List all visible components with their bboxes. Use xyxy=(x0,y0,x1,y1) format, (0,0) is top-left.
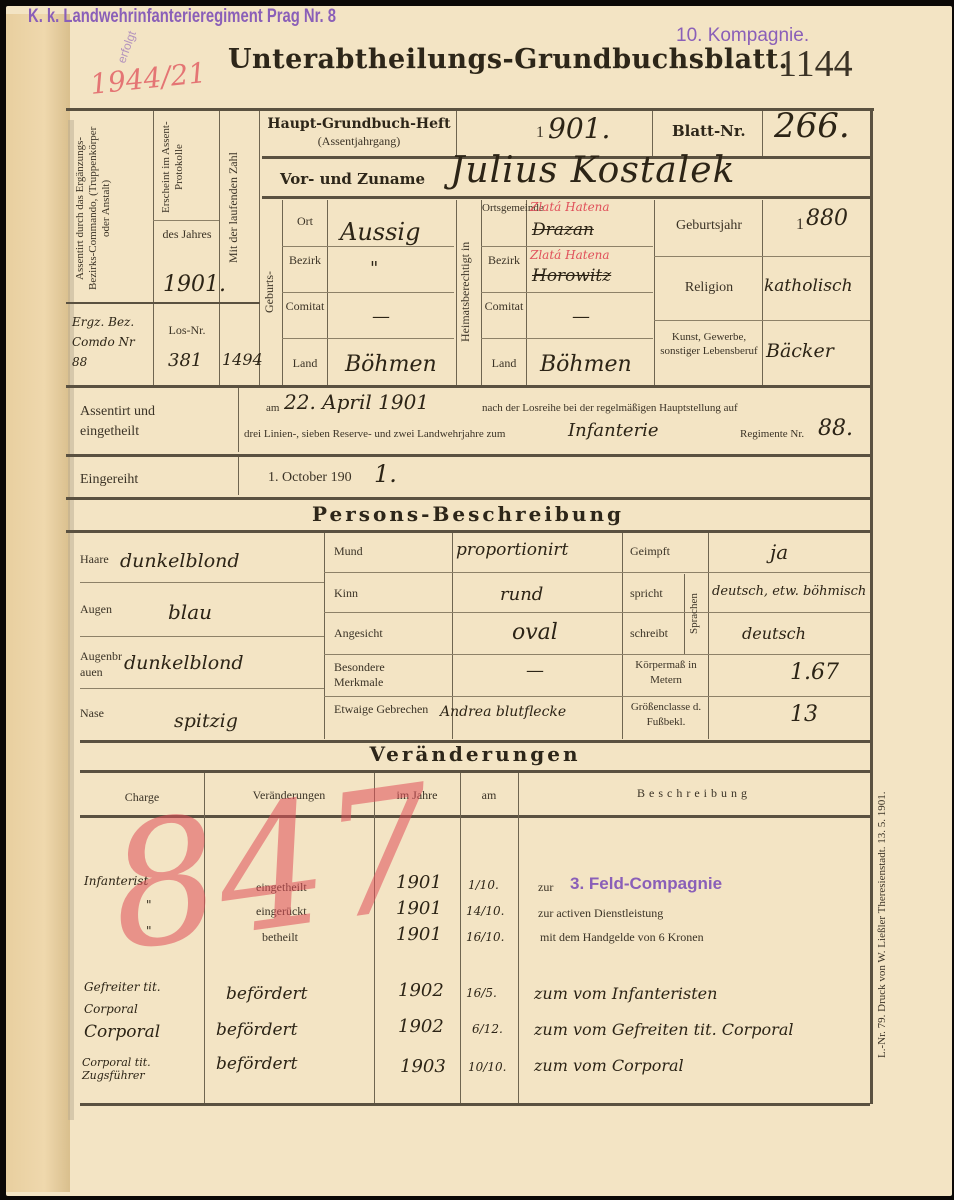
assentirt-line1-prefix: am xyxy=(266,402,279,414)
row2-beschreibung: zur activen Dienstleistung xyxy=(538,906,663,921)
row3-beschreibung: mit dem Handgelde von 6 Kronen xyxy=(540,930,704,945)
divider xyxy=(238,388,239,452)
laufende-zahl-value: 1494 xyxy=(222,350,263,369)
assentirt-label: Assentirt und eingetheilt xyxy=(80,402,190,442)
religion-value: katholisch xyxy=(764,276,853,296)
geburts-bezirk-value: " xyxy=(370,258,378,279)
row6-veraenderung: befördert xyxy=(216,1054,298,1074)
col-am: am xyxy=(460,788,518,803)
geimpft-label: Geimpft xyxy=(630,544,670,559)
row1-am: 1/10. xyxy=(468,878,499,892)
rule xyxy=(282,246,454,247)
blatt-value: 266. xyxy=(774,106,850,146)
heimat-comitat-label: Comitat xyxy=(482,298,526,314)
divider xyxy=(654,200,655,385)
divider xyxy=(456,200,457,385)
rule xyxy=(80,1103,870,1106)
row5-beschreibung: zum vom Gefreiten tit. Corporal xyxy=(534,1020,793,1039)
gebrechen-value: Andrea blutflecke xyxy=(440,704,566,720)
heimat-ortsgemeinde-correction: Zlatá Hatena xyxy=(530,200,610,214)
augenbrauen-value: dunkelblond xyxy=(124,652,244,674)
angesicht-value: oval xyxy=(512,620,558,645)
name-label: Vor- und Zuname xyxy=(280,170,425,188)
groessenclasse-value: 13 xyxy=(790,702,818,727)
row3-am: 16/10. xyxy=(466,930,504,944)
beruf-value: Bäcker xyxy=(766,340,834,362)
eingereiht-label: Eingereiht xyxy=(80,472,138,488)
heft-label: Haupt-Grundbuch-Heft xyxy=(262,116,456,132)
divider xyxy=(708,533,709,739)
schreibt-value: deutsch xyxy=(742,624,806,643)
kinn-label: Kinn xyxy=(334,586,358,601)
kinn-value: rund xyxy=(500,584,543,605)
rule xyxy=(66,454,870,457)
divider xyxy=(324,533,325,739)
row5-am: 6/12. xyxy=(472,1022,503,1036)
rule xyxy=(654,320,870,321)
nase-value: spitzig xyxy=(174,710,238,732)
heft-prefix: 1 xyxy=(536,124,544,142)
geburtsjahr-label: Geburtsjahr xyxy=(656,218,762,234)
veraenderungen-title: Veränderungen xyxy=(80,742,870,766)
geburtsjahr-prefix: 1 xyxy=(796,216,804,234)
heimat-bezirk-label: Bezirk xyxy=(482,252,526,268)
rule xyxy=(481,246,653,247)
rule xyxy=(66,302,260,304)
divider xyxy=(622,533,623,739)
erscheint-label: Erscheint im Assent-Protokolle xyxy=(160,118,214,216)
geburts-group-label: Geburts- xyxy=(262,200,282,384)
rule xyxy=(66,530,870,533)
des-jahres-value: 1901. xyxy=(163,272,226,297)
assentirt-line2-suffix: Regimente Nr. xyxy=(740,428,804,440)
divider xyxy=(762,200,763,385)
gebrechen-label: Etwaige Gebrechen xyxy=(334,702,434,717)
geburts-land-label: Land xyxy=(284,356,326,371)
row2-am: 14/10. xyxy=(466,904,504,918)
los-nr-label: Los-Nr. xyxy=(155,323,219,338)
row6-charge: Corporal tit. Zugsführer xyxy=(82,1056,206,1082)
schreibt-label: schreibt xyxy=(630,626,668,641)
row6-beschreibung: zum vom Corporal xyxy=(534,1056,684,1075)
heimat-ortsgemeinde-label: Ortsgemeinde xyxy=(482,202,526,215)
merkmale-label: Besondere Merkmale xyxy=(334,660,434,690)
regiment-stamp: K. k. Landwehrinfanterieregiment Prag Nr… xyxy=(28,6,336,28)
divider xyxy=(219,111,220,386)
rule xyxy=(481,292,653,293)
heimat-ortsgemeinde-value: Drazan xyxy=(532,220,594,240)
sheet-number: 1144 xyxy=(778,42,853,86)
rule xyxy=(282,292,454,293)
eingereiht-value: 1. xyxy=(374,460,397,488)
row4-beschreibung: zum vom Infanteristen xyxy=(534,984,717,1003)
heft-sublabel: (Assentjahrgang) xyxy=(262,134,456,149)
row4-am: 16/5. xyxy=(466,986,497,1000)
heimat-land-label: Land xyxy=(482,356,526,371)
row1-beschreibung: zur xyxy=(538,880,553,895)
haare-value: dunkelblond xyxy=(120,550,240,572)
divider xyxy=(153,111,154,386)
rule xyxy=(262,196,870,199)
assentirt-durch-label: Assentirt durch das Ergänzungs-Bezirks-C… xyxy=(74,118,148,298)
rule xyxy=(153,220,219,221)
assentirt-date-value: 22. April 1901 xyxy=(284,390,429,414)
geburts-bezirk-label: Bezirk xyxy=(284,252,326,268)
rule xyxy=(66,497,870,500)
blatt-label: Blatt-Nr. xyxy=(672,122,746,140)
frame-right xyxy=(870,108,873,1104)
divider xyxy=(762,111,763,156)
assentirt-line1-suffix: nach der Losreihe bei der regelmäßigen H… xyxy=(482,402,738,414)
rule xyxy=(481,338,653,339)
assentirt-durch-value: Ergz. Bez. Comdo Nr 88 xyxy=(72,312,150,372)
mund-value: proportionirt xyxy=(456,540,568,560)
printer-note: L.-Nr. 79. Druck von W. Ließler Theresie… xyxy=(876,740,898,1110)
assentirt-line2-prefix: drei Linien-, sieben Reserve- und zwei L… xyxy=(244,428,505,440)
los-nr-value: 381 xyxy=(168,350,202,371)
eingereiht-printed: 1. October 190 xyxy=(268,470,352,486)
feld-compagnie-stamp: 3. Feld-Compagnie xyxy=(570,874,722,894)
geburts-ort-label: Ort xyxy=(284,214,326,229)
rule xyxy=(80,636,324,637)
row4-veraenderung: befördert xyxy=(226,984,308,1004)
groessenclasse-label: Größenclasse d. Fußbekl. xyxy=(624,700,708,730)
religion-label: Religion xyxy=(656,280,762,296)
name-value: Julius Kostalek xyxy=(450,150,735,191)
binding-spine xyxy=(6,14,70,1192)
divider xyxy=(518,773,519,1103)
rule xyxy=(324,696,870,697)
geburts-comitat-value: — xyxy=(372,306,390,327)
regiment-nr-value: 88. xyxy=(818,416,853,441)
regiment-type-value: Infanterie xyxy=(568,420,659,441)
spricht-label: spricht xyxy=(630,586,663,601)
haare-label: Haare xyxy=(80,552,109,567)
rule xyxy=(66,385,870,388)
heimat-comitat-value: — xyxy=(572,306,590,327)
geburts-land-value: Böhmen xyxy=(345,352,437,377)
des-jahres-label: des Jahres xyxy=(155,226,219,242)
sprachen-label: Sprachen xyxy=(688,576,706,652)
merkmale-value: — xyxy=(526,660,544,681)
rule xyxy=(66,108,874,111)
row6-am: 10/10. xyxy=(468,1060,506,1074)
geburts-ort-value: Aussig xyxy=(340,218,420,246)
row6-jahr: 1903 xyxy=(400,1056,446,1077)
rule xyxy=(324,572,870,573)
geburts-comitat-label: Comitat xyxy=(284,298,326,314)
nase-label: Nase xyxy=(80,706,104,721)
rule xyxy=(324,612,870,613)
geimpft-value: ja xyxy=(770,540,788,564)
divider xyxy=(259,111,260,386)
divider xyxy=(684,574,685,654)
augenbrauen-label: Augenbrauen xyxy=(80,648,124,680)
heft-value: 901. xyxy=(548,112,610,145)
rule xyxy=(80,770,870,773)
rule xyxy=(654,256,870,257)
row5-veraenderung: befördert xyxy=(216,1020,298,1040)
heimat-bezirk-value: Horowitz xyxy=(532,266,611,286)
mund-label: Mund xyxy=(334,544,363,559)
row5-jahr: 1902 xyxy=(398,1016,444,1037)
col-beschreibung: Beschreibung xyxy=(518,786,870,801)
augen-label: Augen xyxy=(80,602,112,617)
spricht-value: deutsch, etw. böhmisch xyxy=(712,584,866,599)
divider xyxy=(238,457,239,495)
heimat-land-value: Böhmen xyxy=(540,352,632,377)
row5-charge: Corporal xyxy=(84,1022,160,1042)
koerpermass-label: Körpermaß in Metern xyxy=(624,658,708,688)
angesicht-label: Angesicht xyxy=(334,626,383,641)
rule xyxy=(282,338,454,339)
personsbeschreibung-title: Persons-Beschreibung xyxy=(66,502,870,526)
row4-jahr: 1902 xyxy=(398,980,444,1001)
laufende-zahl-label: Mit der laufenden Zahl xyxy=(226,118,254,298)
koerpermass-value: 1.67 xyxy=(790,660,839,685)
heimat-group-label: Heimatsberechtigt in xyxy=(458,200,478,384)
augen-value: blau xyxy=(168,600,212,624)
heimat-bezirk-correction: Zlatá Hatena xyxy=(530,248,610,262)
divider xyxy=(460,773,461,1103)
geburtsjahr-value: 880 xyxy=(806,206,848,231)
rule xyxy=(80,582,324,583)
beruf-label: Kunst, Gewerbe, sonstiger Lebensberuf xyxy=(656,330,762,358)
rule xyxy=(324,654,870,655)
rule xyxy=(80,688,324,689)
document-title: Unterabtheilungs-Grundbuchsblatt. xyxy=(228,44,788,75)
